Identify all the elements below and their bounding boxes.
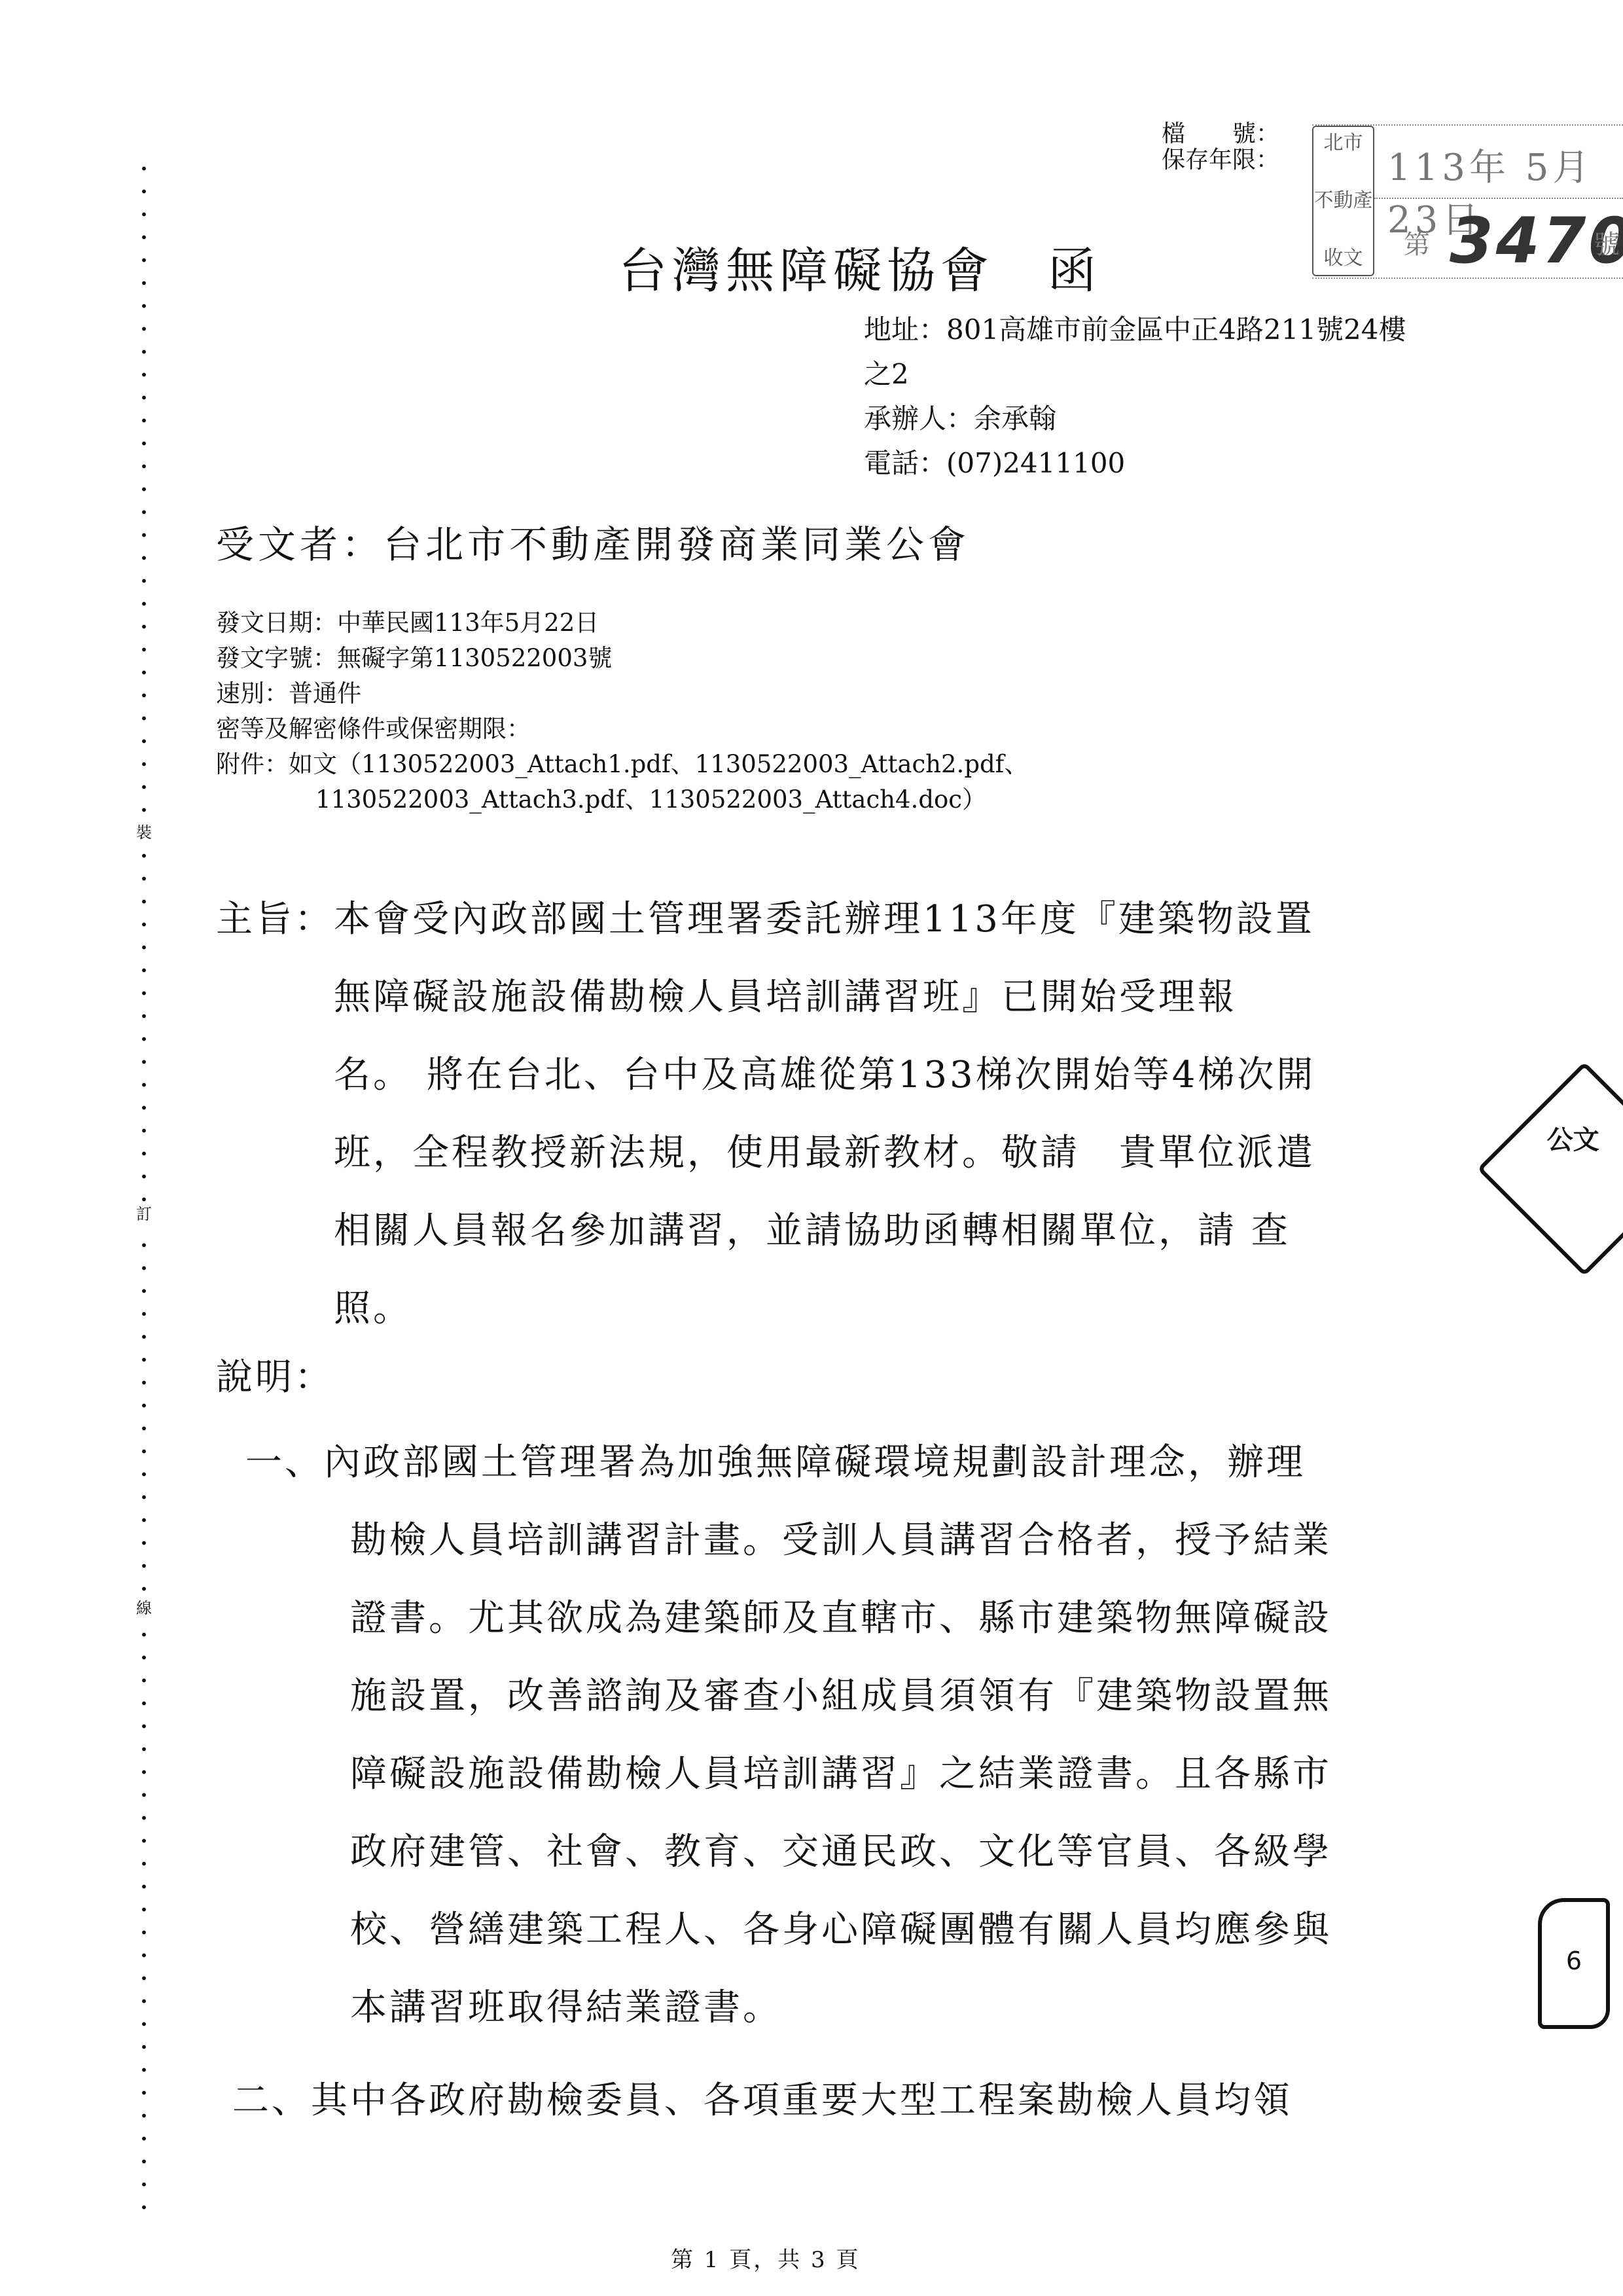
subject-label: 主旨： (216, 898, 334, 941)
sender-address-line2: 之2 (864, 352, 1406, 397)
stamp-org-line2: 不動產 (1314, 191, 1373, 211)
subject-line: 無障礙設施設備勘檢人員培訓講習班』已開始受理報 (216, 958, 1315, 1036)
contact-phone: 電話：(07)2411100 (864, 441, 1406, 486)
receipt-stamp: 北市 不動產 收文 113年 5月23日 第 3470 號 (1312, 124, 1623, 279)
item-marker: 一、 (245, 1441, 324, 1484)
sender-address-line1: 地址：801高雄市前金區中正4路211號24樓 (864, 308, 1406, 352)
receipt-stamp-org: 北市 不動產 收文 (1312, 126, 1374, 276)
explanation-item-2: 二、其中各政府勘檢委員、各項重要大型工程案勘檢人員均領 (232, 2062, 1293, 2140)
item-line: 施設置，改善諮詢及審查小組成員須領有『建築物設置無 (245, 1657, 1332, 1735)
doc-number: 發文字號：無礙字第1130522003號 (216, 641, 1028, 676)
item-line: 內政部國土管理署為加強無障礙環境規劃設計理念，辦理 (324, 1441, 1306, 1484)
file-number-label: 檔 號： (1162, 121, 1279, 147)
classification: 密等及解密條件或保密期限： (216, 711, 1028, 747)
speed-class: 速別：普通件 (216, 676, 1028, 711)
document-meta: 發文日期：中華民國113年5月22日 發文字號：無礙字第1130522003號 … (216, 605, 1028, 817)
stamp-number-suffix: 號 (1594, 224, 1620, 261)
stamp-org-line3: 收文 (1324, 249, 1363, 268)
retention-label: 保存年限： (1162, 147, 1279, 173)
binding-dotted-line (141, 157, 147, 2219)
binding-label-xian: 線 (134, 1597, 154, 1619)
stamp-divider (1374, 198, 1623, 199)
subject-line: 班，全程教授新法規，使用最新教材。敬請 貴單位派遣 (216, 1114, 1315, 1192)
subject-line: 相關人員報名參加講習，並請協助函轉相關單位，請 查 (216, 1192, 1315, 1270)
document-title: 台灣無障礙協會 函 (618, 232, 1101, 302)
issue-date: 發文日期：中華民國113年5月22日 (216, 605, 1028, 641)
subject-line: 照。 (216, 1270, 1315, 1348)
sender-info: 地址：801高雄市前金區中正4路211號24樓 之2 承辦人：余承翰 電話：(0… (864, 308, 1406, 486)
recipient: 受文者：台北市不動產開發商業同業公會 (216, 514, 970, 569)
attachments-line1: 附件：如文（1130522003_Attach1.pdf、1130522003_… (216, 747, 1028, 782)
contact-person: 承辦人：余承翰 (864, 397, 1406, 441)
explanation-item-1: 一、內政部國土管理署為加強無障礙環境規劃設計理念，辦理 勘檢人員培訓講習計畫。受… (245, 1424, 1332, 2047)
page-footer: 第 1 頁，共 3 頁 (671, 2242, 861, 2274)
item-line: 障礙設施設備勘檢人員培訓講習』之結業證書。且各縣市 (245, 1735, 1332, 1813)
page-count-stamp: 6 (1538, 1898, 1610, 2029)
explanation-label: 說明： (216, 1348, 334, 1401)
attachments-line2: 1130522003_Attach3.pdf、1130522003_Attach… (216, 782, 1028, 817)
item-line: 校、營繕建築工程人、各身心障礙團體有關人員均應參與 (245, 1891, 1332, 1969)
binding-label-zhuang: 裝 (134, 821, 154, 844)
binding-label-ding: 訂 (134, 1203, 154, 1225)
item-line: 勘檢人員培訓講習計畫。受訓人員講習合格者，授予結業 (245, 1501, 1332, 1579)
item-line: 本講習班取得結業證書。 (245, 1969, 1332, 2047)
subject-section: 主旨：本會受內政部國土管理署委託辦理113年度『建築物設置 無障礙設施設備勘檢人… (216, 880, 1315, 1348)
stamp-org-line1: 北市 (1324, 134, 1363, 153)
filing-fields: 檔 號： 保存年限： (1162, 121, 1279, 173)
stamp-number-prefix: 第 (1404, 224, 1430, 261)
item-line: 證書。尤其欲成為建築師及直轄市、縣市建築物無障礙設 (245, 1579, 1332, 1657)
subject-line: 名。 將在台北、台中及高雄從第133梯次開始等4梯次開 (216, 1036, 1315, 1114)
seam-stamp-text: 公文 (1547, 1119, 1599, 1157)
subject-line: 本會受內政部國土管理署委託辦理113年度『建築物設置 (334, 898, 1315, 941)
item-line: 其中各政府勘檢委員、各項重要大型工程案勘檢人員均領 (311, 2079, 1293, 2122)
item-line: 政府建管、社會、教育、交通民政、文化等官員、各級學 (245, 1813, 1332, 1891)
seam-stamp: 公文 (1477, 1062, 1623, 1276)
item-marker: 二、 (232, 2079, 311, 2122)
